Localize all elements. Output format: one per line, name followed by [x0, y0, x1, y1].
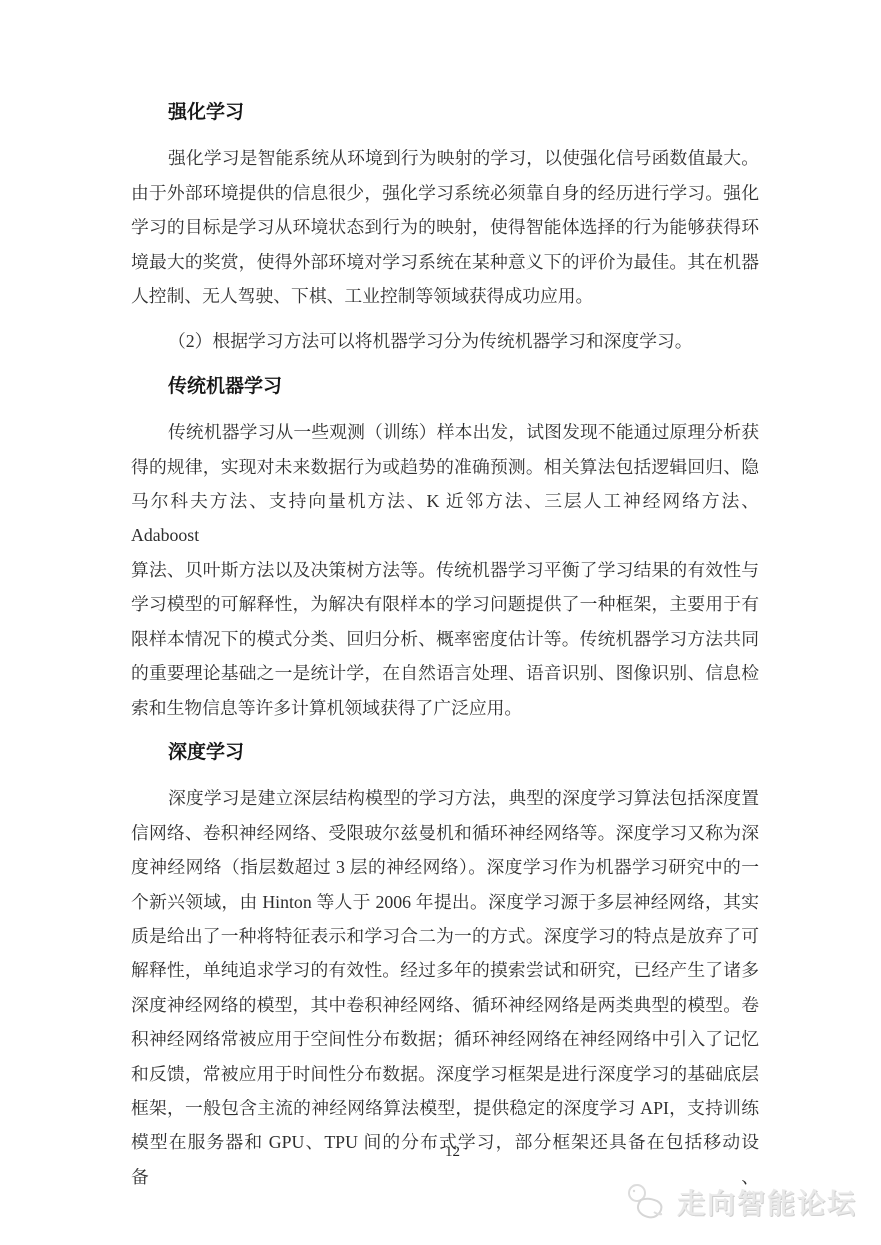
text-line: 框架，一般包含主流的神经网络算法模型，提供稳定的深度学习 API，支持训练 [131, 1091, 759, 1125]
text-line: 算法、贝叶斯方法以及决策树方法等。传统机器学习平衡了学习结果的有效性与 [131, 553, 759, 587]
text-line: 学习模型的可解释性，为解决有限样本的学习问题提供了一种框架，主要用于有 [131, 587, 759, 621]
text-line: 马尔科夫方法、支持向量机方法、K 近邻方法、三层人工神经网络方法、Adaboos… [131, 484, 759, 553]
paragraph: 传统机器学习从一些观测（训练）样本出发，试图发现不能通过原理分析获得的规律，实现… [131, 415, 759, 725]
watermark-label: 走向智能论坛 [677, 1182, 857, 1222]
text-line: 限样本情况下的模式分类、回归分析、概率密度估计等。传统机器学习方法共同 [131, 622, 759, 656]
text-line: 信网络、卷积神经网络、受限玻尔兹曼机和循环神经网络等。深度学习又称为深 [131, 816, 759, 850]
text-line: 索和生物信息等许多计算机领域获得了广泛应用。 [131, 691, 759, 725]
paragraph: 强化学习是智能系统从环境到行为映射的学习，以使强化信号函数值最大。由于外部环境提… [131, 141, 759, 313]
text-line: 人控制、无人驾驶、下棋、工业控制等领域获得成功应用。 [131, 279, 759, 313]
page-number: 12 [24, 1141, 881, 1163]
section-heading: 深度学习 [131, 736, 759, 770]
forum-logo-icon [624, 1182, 670, 1222]
text-line: 积神经网络常被应用于空间性分布数据；循环神经网络在神经网络中引入了记忆 [131, 1022, 759, 1056]
text-line: 质是给出了一种将特征表示和学习合二为一的方式。深度学习的特点是放弃了可 [131, 919, 759, 953]
text-line: 和反馈，常被应用于时间性分布数据。深度学习框架是进行深度学习的基础底层 [131, 1057, 759, 1091]
text-line: 传统机器学习从一些观测（训练）样本出发，试图发现不能通过原理分析获 [131, 415, 759, 449]
document-page: 强化学习强化学习是智能系统从环境到行为映射的学习，以使强化信号函数值最大。由于外… [0, 0, 881, 1245]
text-line: 度神经网络（指层数超过 3 层的神经网络）。深度学习作为机器学习研究中的一 [131, 850, 759, 884]
text-line: 境最大的奖赏，使得外部环境对学习系统在某种意义下的评价为最佳。其在机器 [131, 245, 759, 279]
text-line: 解释性，单纯追求学习的有效性。经过多年的摸索尝试和研究，已经产生了诸多 [131, 953, 759, 987]
text-line: 强化学习是智能系统从环境到行为映射的学习，以使强化信号函数值最大。 [131, 141, 759, 175]
document-body: 强化学习强化学习是智能系统从环境到行为映射的学习，以使强化信号函数值最大。由于外… [131, 96, 759, 1194]
text-line: 学习的目标是学习从环境状态到行为的映射，使得智能体选择的行为能够获得环 [131, 210, 759, 244]
text-line: （2）根据学习方法可以将机器学习分为传统机器学习和深度学习。 [131, 324, 759, 358]
text-line: 的重要理论基础之一是统计学，在自然语言处理、语音识别、图像识别、信息检 [131, 656, 759, 690]
watermark: 走向智能论坛 [624, 1182, 857, 1222]
text-line: 深度学习是建立深层结构模型的学习方法，典型的深度学习算法包括深度置 [131, 781, 759, 815]
paragraph: 深度学习是建立深层结构模型的学习方法，典型的深度学习算法包括深度置信网络、卷积神… [131, 781, 759, 1194]
text-line: 得的规律，实现对未来数据行为或趋势的准确预测。相关算法包括逻辑回归、隐 [131, 450, 759, 484]
text-line: 个新兴领域，由 Hinton 等人于 2006 年提出。深度学习源于多层神经网络… [131, 885, 759, 919]
text-line: 深度神经网络的模型，其中卷积神经网络、循环神经网络是两类典型的模型。卷 [131, 988, 759, 1022]
paragraph: （2）根据学习方法可以将机器学习分为传统机器学习和深度学习。 [131, 324, 759, 358]
text-line: 由于外部环境提供的信息很少，强化学习系统必须靠自身的经历进行学习。强化 [131, 176, 759, 210]
section-heading: 强化学习 [131, 96, 759, 130]
section-heading: 传统机器学习 [131, 370, 759, 404]
